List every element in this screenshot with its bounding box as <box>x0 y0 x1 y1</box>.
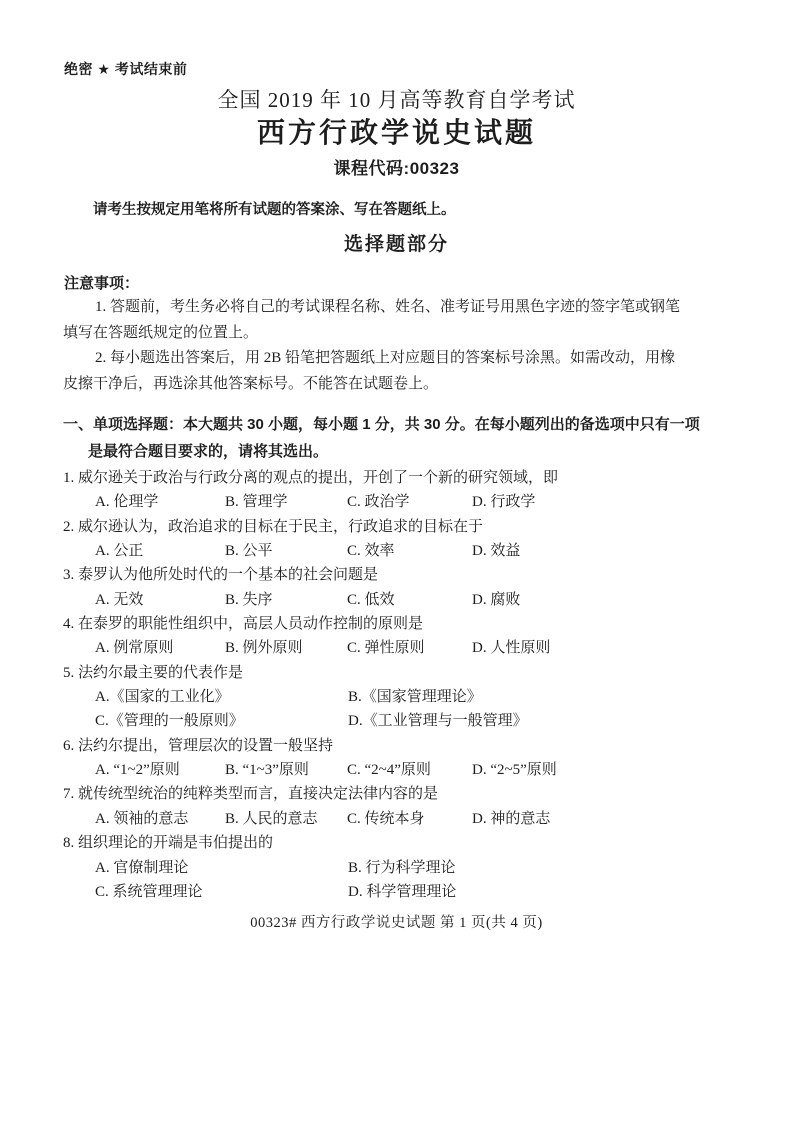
question-5-options-row: A.《国家的工业化》B.《国家管理理论》 <box>63 685 763 709</box>
section-one-heading: 一、单项选择题：本大题共 30 小题，每小题 1 分，共 30 分。在每小题列出… <box>63 412 753 465</box>
page-footer: 00323# 西方行政学说史试题 第 1 页(共 4 页) <box>0 911 793 932</box>
question-5-option-B: B.《国家管理理论》 <box>348 685 763 709</box>
question-2-options-row: A. 公正B. 公平C. 效率D. 效益 <box>63 539 763 563</box>
exam-session-title: 全国 2019 年 10 月高等教育自学考试 <box>0 84 793 114</box>
question-3-stem: 3. 泰罗认为他所处时代的一个基本的社会问题是 <box>63 563 763 587</box>
question-4-option-C: C. 弹性原则 <box>347 636 472 660</box>
question-8-stem: 8. 组织理论的开端是韦伯提出的 <box>63 831 763 855</box>
question-7-option-A: A. 领袖的意志 <box>95 807 225 831</box>
question-1-option-A: A. 伦理学 <box>95 490 225 514</box>
question-5-option-C: C.《管理的一般原则》 <box>95 709 348 733</box>
question-1-options-row: A. 伦理学B. 管理学C. 政治学D. 行政学 <box>63 490 763 514</box>
question-3-option-D: D. 腐败 <box>472 588 763 612</box>
question-2-stem: 2. 威尔逊认为，政治追求的目标在于民主，行政追求的目标在于 <box>63 515 763 539</box>
question-3-option-C: C. 低效 <box>347 588 472 612</box>
question-8-option-B: B. 行为科学理论 <box>348 856 763 880</box>
question-1-option-D: D. 行政学 <box>472 490 763 514</box>
note-1-line-1: 1. 答题前，考生务必将自己的考试课程名称、姓名、准考证号用黑色字迹的签字笔或钢… <box>63 295 753 321</box>
question-7-stem: 7. 就传统型统治的纯粹类型而言，直接决定法律内容的是 <box>63 782 763 806</box>
question-1-option-C: C. 政治学 <box>347 490 472 514</box>
question-4-option-A: A. 例常原则 <box>95 636 225 660</box>
question-list: 1. 威尔逊关于政治与行政分离的观点的提出，开创了一个新的研究领域，即A. 伦理… <box>63 466 763 904</box>
note-2-line-1: 2. 每小题选出答案后，用 2B 铅笔把答题纸上对应题目的答案标号涂黑。如需改动… <box>63 346 753 372</box>
question-2-option-B: B. 公平 <box>225 539 347 563</box>
question-6-option-B: B. “1~3”原则 <box>225 758 347 782</box>
question-3-option-B: B. 失序 <box>225 588 347 612</box>
question-7-option-D: D. 神的意志 <box>472 807 763 831</box>
question-2-option-A: A. 公正 <box>95 539 225 563</box>
question-8-options-row: A. 官僚制理论B. 行为科学理论 <box>63 856 763 880</box>
question-2-option-C: C. 效率 <box>347 539 472 563</box>
question-1-option-B: B. 管理学 <box>225 490 347 514</box>
question-7-option-C: C. 传统本身 <box>347 807 472 831</box>
course-code: 课程代码:00323 <box>0 154 793 179</box>
question-1-stem: 1. 威尔逊关于政治与行政分离的观点的提出，开创了一个新的研究领域，即 <box>63 466 763 490</box>
question-8-option-A: A. 官僚制理论 <box>95 856 348 880</box>
question-7-options-row: A. 领袖的意志B. 人民的意志C. 传统本身D. 神的意志 <box>63 807 763 831</box>
question-6-options-row: A. “1~2”原则B. “1~3”原则C. “2~4”原则D. “2~5”原则 <box>63 758 763 782</box>
question-5-options-row: C.《管理的一般原则》D.《工业管理与一般管理》 <box>63 709 763 733</box>
question-3-options-row: A. 无效B. 失序C. 低效D. 腐败 <box>63 588 763 612</box>
section-one-heading-line-1: 一、单项选择题：本大题共 30 小题，每小题 1 分，共 30 分。在每小题列出… <box>63 412 753 439</box>
question-7-option-B: B. 人民的意志 <box>225 807 347 831</box>
exam-notes-list: 1. 答题前，考生务必将自己的考试课程名称、姓名、准考证号用黑色字迹的签字笔或钢… <box>63 295 753 397</box>
question-8-option-D: D. 科学管理理论 <box>348 880 763 904</box>
question-6-option-D: D. “2~5”原则 <box>472 758 763 782</box>
notes-heading: 注意事项： <box>64 272 139 293</box>
question-8-option-C: C. 系统管理理论 <box>95 880 348 904</box>
question-4-option-B: B. 例外原则 <box>225 636 347 660</box>
question-2-option-D: D. 效益 <box>472 539 763 563</box>
question-4-option-D: D. 人性原则 <box>472 636 763 660</box>
answer-sheet-notice: 请考生按规定用笔将所有试题的答案涂、写在答题纸上。 <box>93 198 456 219</box>
security-classification-label: 绝密 ★ 考试结束前 <box>64 59 187 79</box>
question-4-options-row: A. 例常原则B. 例外原则C. 弹性原则D. 人性原则 <box>63 636 763 660</box>
question-5-stem: 5. 法约尔最主要的代表作是 <box>63 661 763 685</box>
question-5-option-A: A.《国家的工业化》 <box>95 685 348 709</box>
question-8-options-row: C. 系统管理理论D. 科学管理理论 <box>63 880 763 904</box>
note-2-line-2: 皮擦干净后，再选涂其他答案标号。不能答在试题卷上。 <box>63 372 753 398</box>
section-one-heading-line-2: 是最符合题目要求的，请将其选出。 <box>63 439 753 466</box>
question-3-option-A: A. 无效 <box>95 588 225 612</box>
exam-paper-page: 绝密 ★ 考试结束前 全国 2019 年 10 月高等教育自学考试 西方行政学说… <box>0 0 793 1122</box>
question-6-option-C: C. “2~4”原则 <box>347 758 472 782</box>
note-1-line-2: 填写在答题纸规定的位置上。 <box>63 321 753 347</box>
question-6-stem: 6. 法约尔提出，管理层次的设置一般坚持 <box>63 734 763 758</box>
question-5-option-D: D.《工业管理与一般管理》 <box>348 709 763 733</box>
question-4-stem: 4. 在泰罗的职能性组织中，高层人员动作控制的原则是 <box>63 612 763 636</box>
question-6-option-A: A. “1~2”原则 <box>95 758 225 782</box>
exam-title: 西方行政学说史试题 <box>0 111 793 151</box>
multiple-choice-part-title: 选择题部分 <box>0 229 793 256</box>
